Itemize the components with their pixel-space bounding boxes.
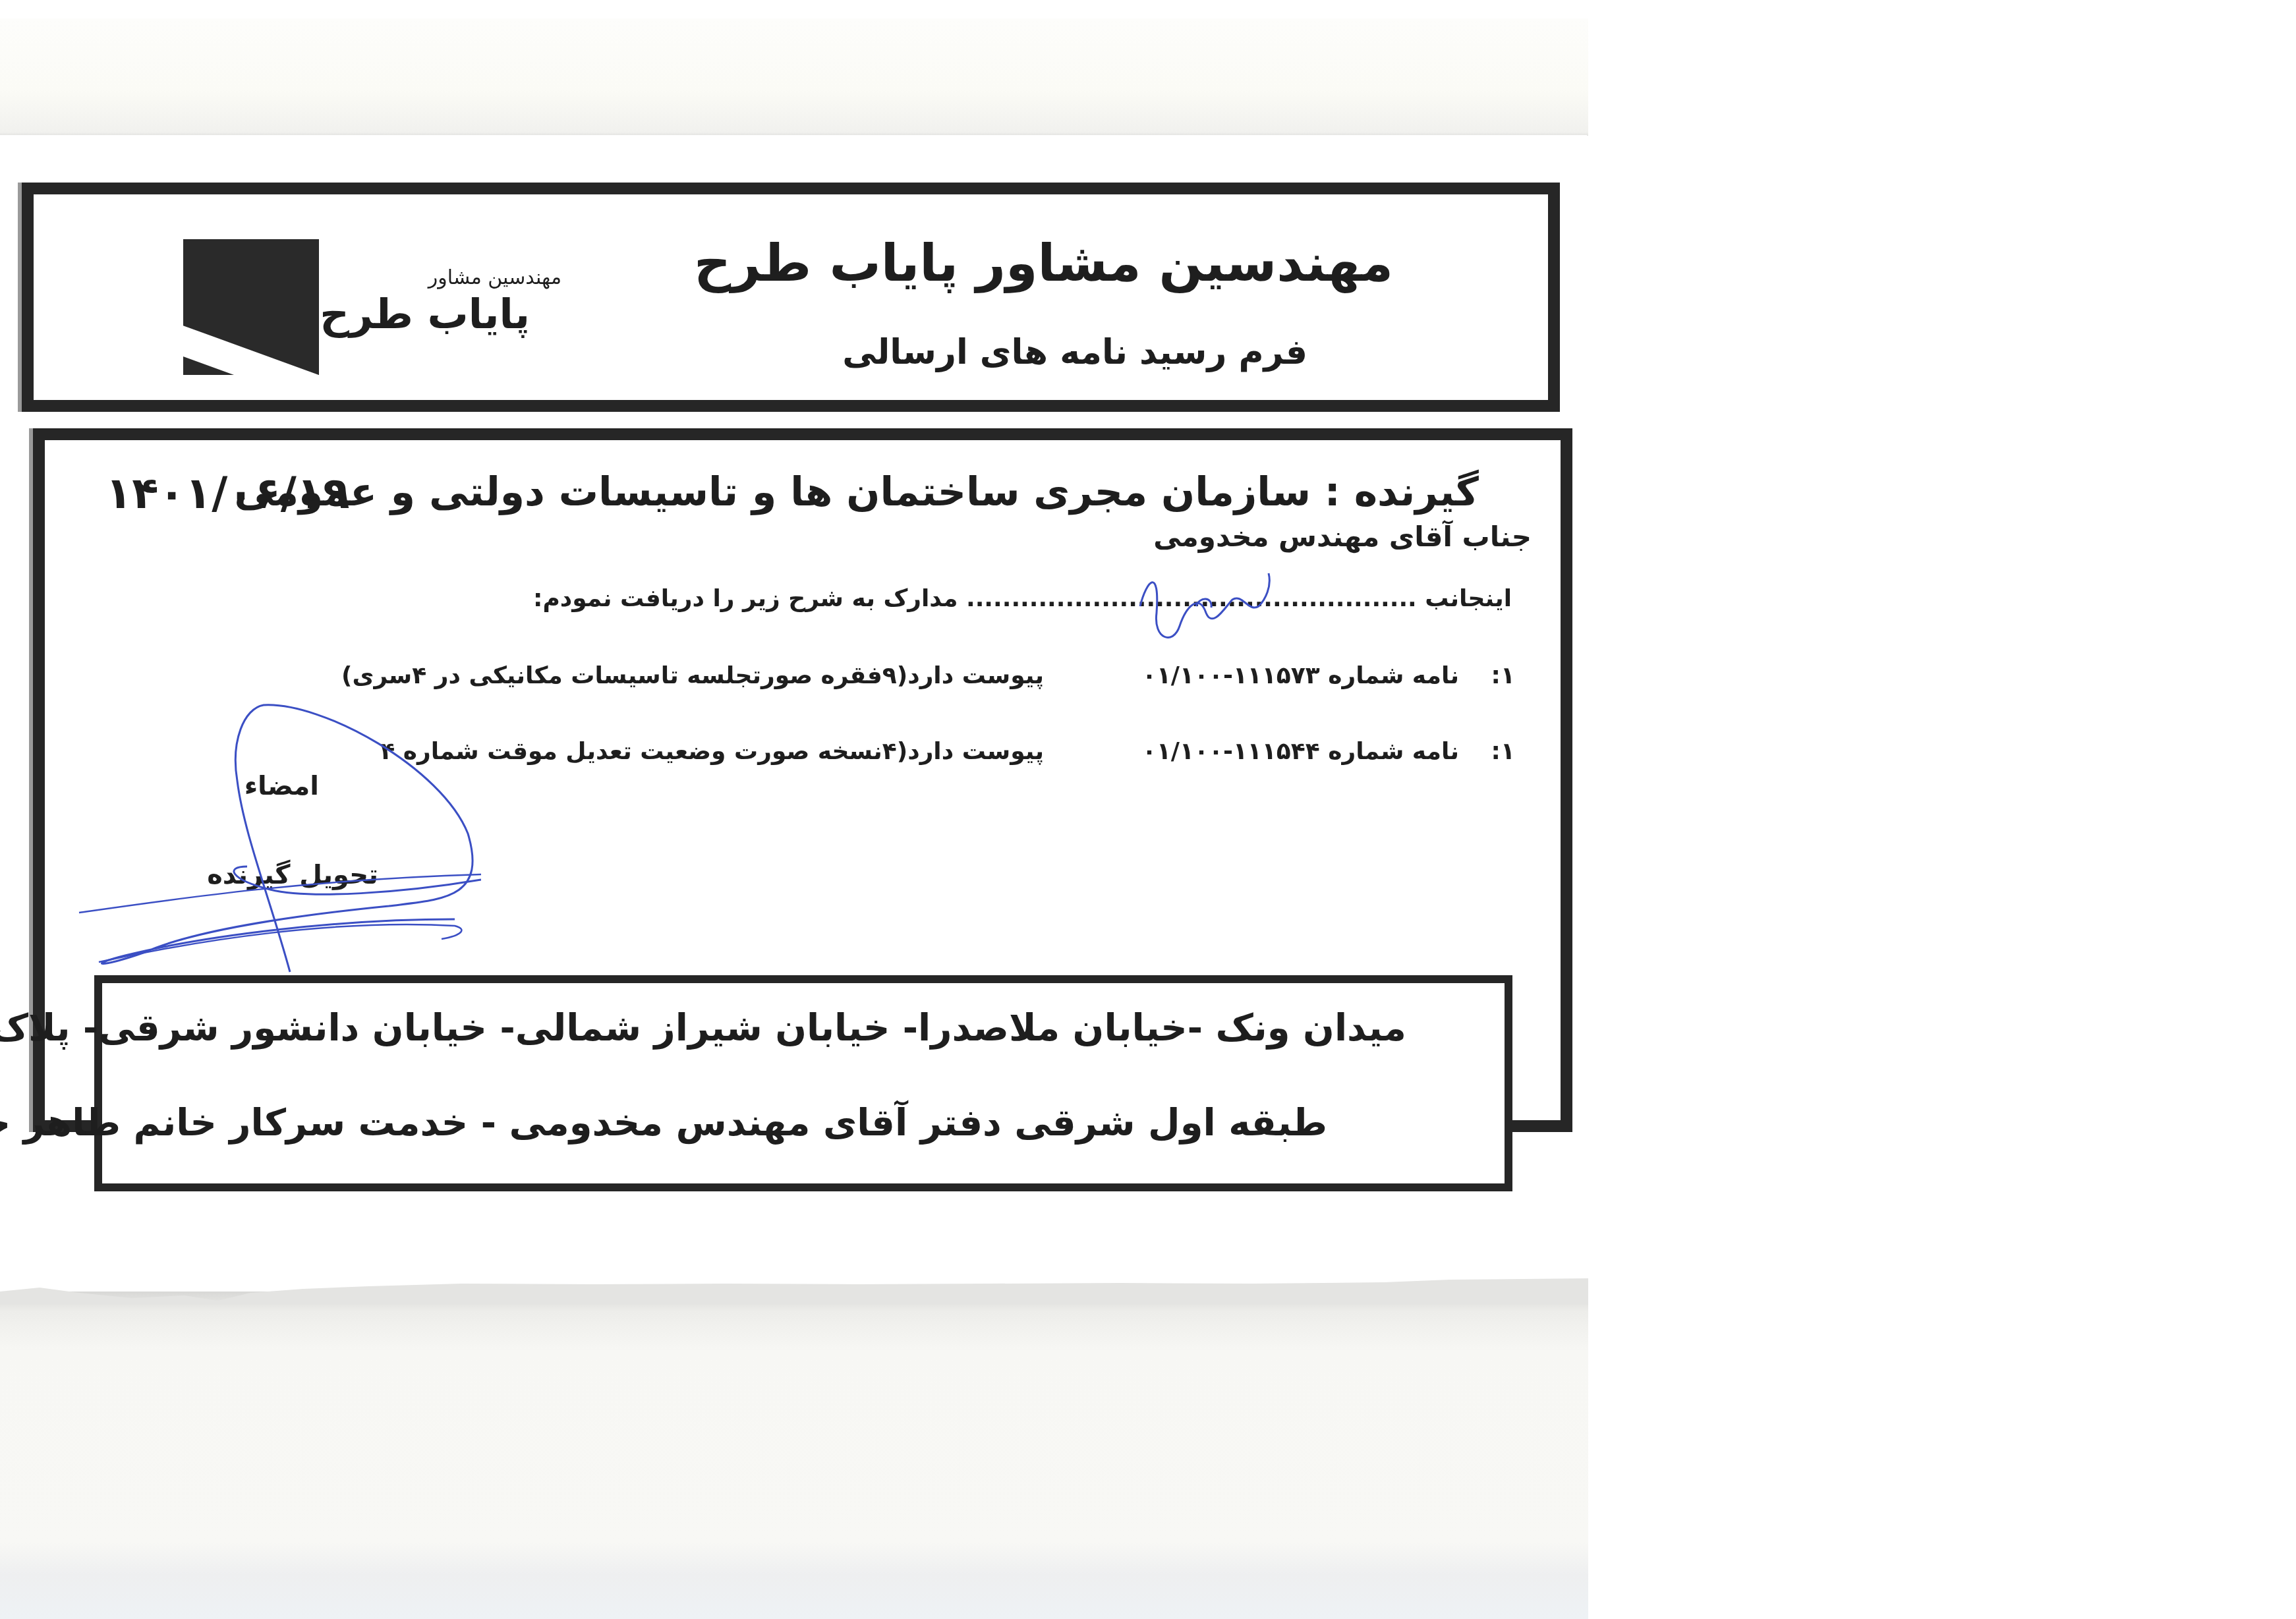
address-line-1: میدان ونک -خیابان ملاصدرا- خیابان شیراز … bbox=[0, 1007, 1406, 1050]
item-letter-number: نامه شماره ۱۱۱۵۴۴-۰۱/۱۰۰ bbox=[1142, 738, 1459, 765]
acknowledgement-line: اینجانب ................................… bbox=[533, 585, 1512, 612]
recipient-line: گیرنده : سازمان مجری ساختمان ها و تاسیسا… bbox=[234, 469, 1479, 515]
ack-suffix: مدارک به شرح زیر را دریافت نمودم: bbox=[533, 585, 958, 612]
logo-text-small: مهندسین مشاور bbox=[428, 266, 561, 289]
item-index: ۱: bbox=[1491, 738, 1515, 765]
attention-line: جناب آقای مهندس مخدومی bbox=[1153, 521, 1532, 553]
company-title: مهندسین مشاور پایاب طرح bbox=[694, 234, 1393, 293]
item-index: ۱: bbox=[1491, 662, 1515, 689]
logo-text-big: پایاب طرح bbox=[320, 290, 530, 338]
torn-paper-edge bbox=[0, 1278, 1588, 1305]
scanner-background-top bbox=[0, 18, 1588, 136]
scanner-background-bottom bbox=[0, 1292, 1588, 1619]
item-letter-number: نامه شماره ۱۱۱۵۷۳-۰۱/۱۰۰ bbox=[1142, 662, 1459, 689]
ack-dots: ........................................… bbox=[966, 585, 1417, 612]
sign-label: امضاء bbox=[244, 771, 319, 801]
ack-prefix: اینجانب bbox=[1425, 585, 1512, 612]
item-attachment: پیوست دارد(۴نسخه صورت وضعیت تعدیل موقت ش… bbox=[380, 738, 1044, 765]
receiver-label: تحویل گیرنده bbox=[207, 860, 378, 890]
item-attachment: پیوست دارد(۹فقره صورتجلسه تاسیسات مکانیک… bbox=[341, 662, 1044, 689]
logo-stripe bbox=[183, 318, 319, 375]
address-line-2: طبقه اول شرقی دفتر آقای مهندس مخدومی - خ… bbox=[0, 1102, 1327, 1145]
company-logo-mark-icon bbox=[183, 239, 319, 375]
form-subtitle: فرم رسید نامه های ارسالی bbox=[842, 333, 1307, 372]
